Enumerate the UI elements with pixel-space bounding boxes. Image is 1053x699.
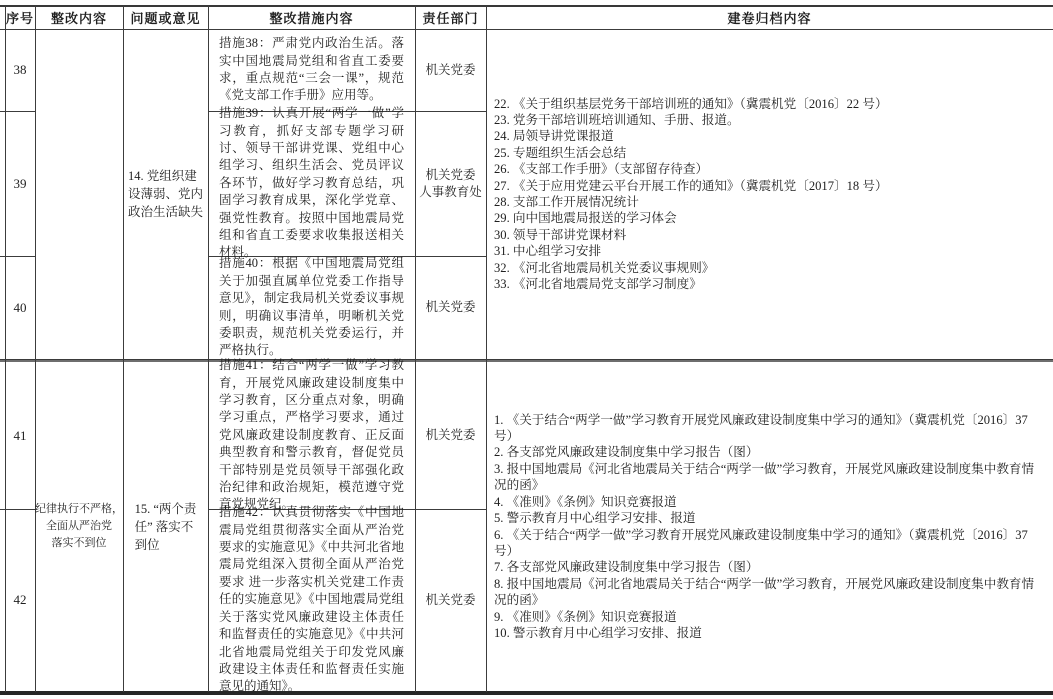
measure-cell-39: 措施39：认真开展“两学一做”学习教育，抓好支部专题学习研讨、领导干部讲党课、党… <box>208 111 415 256</box>
issue-text: 14. 党组织建 设薄弱、党内 政治生活缺失 <box>128 167 203 221</box>
measure-cell-40: 措施40：根据《中国地震局党组关于加强直属单位党委工作指导意见》，制定我局机关党… <box>208 256 415 359</box>
serial-cell-42: 42 <box>5 509 35 691</box>
archive-item: 32. 《河北省地震局机关党委议事规则》 <box>494 260 1043 276</box>
archive-item: 4. 《准则》《条例》知识竞赛报道 <box>494 494 1043 510</box>
measure-text: 措施40：根据《中国地震局党组关于加强直属单位党委工作指导意见》，制定我局机关党… <box>219 255 404 359</box>
department-cell-40: 机关党委 <box>415 256 486 359</box>
serial-cell-39: 39 <box>5 111 35 256</box>
measure-cell-42: 措施42：认真贯彻落实《中国地震局党组贯彻落实全面从严治党要求的实施意见》《中共… <box>208 509 415 691</box>
header-cell-content: 整改内容 <box>35 5 123 29</box>
archive-item: 10. 警示教育月中心组学习安排、报道 <box>494 625 1043 641</box>
measure-text: 措施41：结合“两学一做”学习教育，开展党风廉政建设制度集中学习教育，区分重点对… <box>219 357 404 514</box>
department-text: 机关党委 <box>425 427 475 444</box>
archive-item: 33. 《河北省地震局党支部学习制度》 <box>494 276 1043 292</box>
measure-text: 措施38：严肃党内政治生活。落实中国地震局党组和省直工委要求，重点规范“三会一课… <box>219 35 404 105</box>
scanned-rectification-table-page: 序号 整改内容 问题或意见 整改措施内容 责任部门 建卷归档内容 38 39 4… <box>0 0 1053 699</box>
archive-item: 1. 《关于结合“两学一做”学习教育开展党风廉政建设制度集中学习的通知》（冀震机… <box>494 412 1043 445</box>
measure-cell-41: 措施41：结合“两学一做”学习教育，开展党风廉政建设制度集中学习教育，区分重点对… <box>208 362 415 509</box>
archive-item: 8. 报中国地震局《河北省地震局关于结合“两学一做”学习教育，开展党风廉政建设制… <box>494 576 1043 609</box>
archive-item: 2. 各支部党风廉政建设制度集中学习报告（图） <box>494 444 1043 460</box>
header-cell-department: 责任部门 <box>415 5 486 29</box>
archive-item: 3. 报中国地震局《河北省地震局关于结合“两学一做”学习教育，开展党风廉政建设制… <box>494 461 1043 494</box>
header-cell-archive: 建卷归档内容 <box>486 5 1053 29</box>
archive-item: 22. 《关于组织基层党务干部培训班的通知》（冀震机党〔2016〕22 号） <box>494 96 1043 112</box>
header-cell-measure: 整改措施内容 <box>208 5 415 29</box>
archive-item: 6. 《关于结合“两学一做”学习教育开展党风廉政建设制度集中学习的通知》（冀震机… <box>494 527 1043 560</box>
archive-item: 5. 警示教育月中心组学习安排、报道 <box>494 510 1043 526</box>
department-text: 机关党委 <box>425 299 475 316</box>
archive-item: 28. 支部工作开展情况统计 <box>494 194 1043 210</box>
department-text: 机关党委 <box>425 592 475 609</box>
content-text: 纪律执行不严格， 全面从严治党 落实不到位 <box>35 501 123 552</box>
serial-cell-40: 40 <box>5 256 35 359</box>
archive-item: 24. 局领导讲党课报道 <box>494 128 1043 144</box>
department-text: 机关党委 <box>425 62 475 79</box>
archive-item: 30. 领导干部讲党课材料 <box>494 227 1043 243</box>
serial-cell-41: 41 <box>5 362 35 509</box>
issue-cell-block-b: 15. “两个责 任” 落实不 到位 <box>123 362 208 691</box>
department-cell-42: 机关党委 <box>415 509 486 691</box>
content-cell-block-a <box>35 29 123 359</box>
archive-item: 29. 向中国地震局报送的学习体会 <box>494 210 1043 226</box>
archive-item: 27. 《关于应用党建云平台开展工作的通知》（冀震机党〔2017〕18 号） <box>494 178 1043 194</box>
department-cell-39: 机关党委 人事教育处 <box>415 111 486 256</box>
serial-cell-38: 38 <box>5 29 35 111</box>
archive-item: 9. 《准则》《条例》知识竞赛报道 <box>494 609 1043 625</box>
issue-text: 15. “两个责 任” 落实不 到位 <box>135 500 197 554</box>
archive-item: 7. 各支部党风廉政建设制度集中学习报告（图） <box>494 559 1043 575</box>
measure-text: 措施42：认真贯彻落实《中国地震局党组贯彻落实全面从严治党要求的实施意见》《中共… <box>219 504 404 695</box>
department-cell-41: 机关党委 <box>415 362 486 509</box>
archive-list-block-a: 22. 《关于组织基层党务干部培训班的通知》（冀震机党〔2016〕22 号）23… <box>486 29 1053 359</box>
header-cell-issue: 问题或意见 <box>123 5 208 29</box>
measure-cell-38: 措施38：严肃党内政治生活。落实中国地震局党组和省直工委要求，重点规范“三会一课… <box>208 29 415 111</box>
table-bottom-border <box>0 691 1053 695</box>
measure-text: 措施39：认真开展“两学一做”学习教育，抓好支部专题学习研讨、领导干部讲党课、党… <box>219 105 404 262</box>
archive-item: 31. 中心组学习安排 <box>494 243 1043 259</box>
archive-item: 25. 专题组织生活会总结 <box>494 145 1043 161</box>
department-text: 机关党委 人事教育处 <box>419 167 482 201</box>
issue-cell-block-a: 14. 党组织建 设薄弱、党内 政治生活缺失 <box>123 29 208 359</box>
archive-item: 26. 《支部工作手册》（支部留存待查） <box>494 161 1043 177</box>
content-cell-block-b: 纪律执行不严格， 全面从严治党 落实不到位 <box>35 362 123 691</box>
department-cell-38: 机关党委 <box>415 29 486 111</box>
archive-item: 23. 党务干部培训班培训通知、手册、报道。 <box>494 112 1043 128</box>
archive-list-block-b: 1. 《关于结合“两学一做”学习教育开展党风廉政建设制度集中学习的通知》（冀震机… <box>486 362 1053 691</box>
header-cell-serial: 序号 <box>5 5 35 29</box>
